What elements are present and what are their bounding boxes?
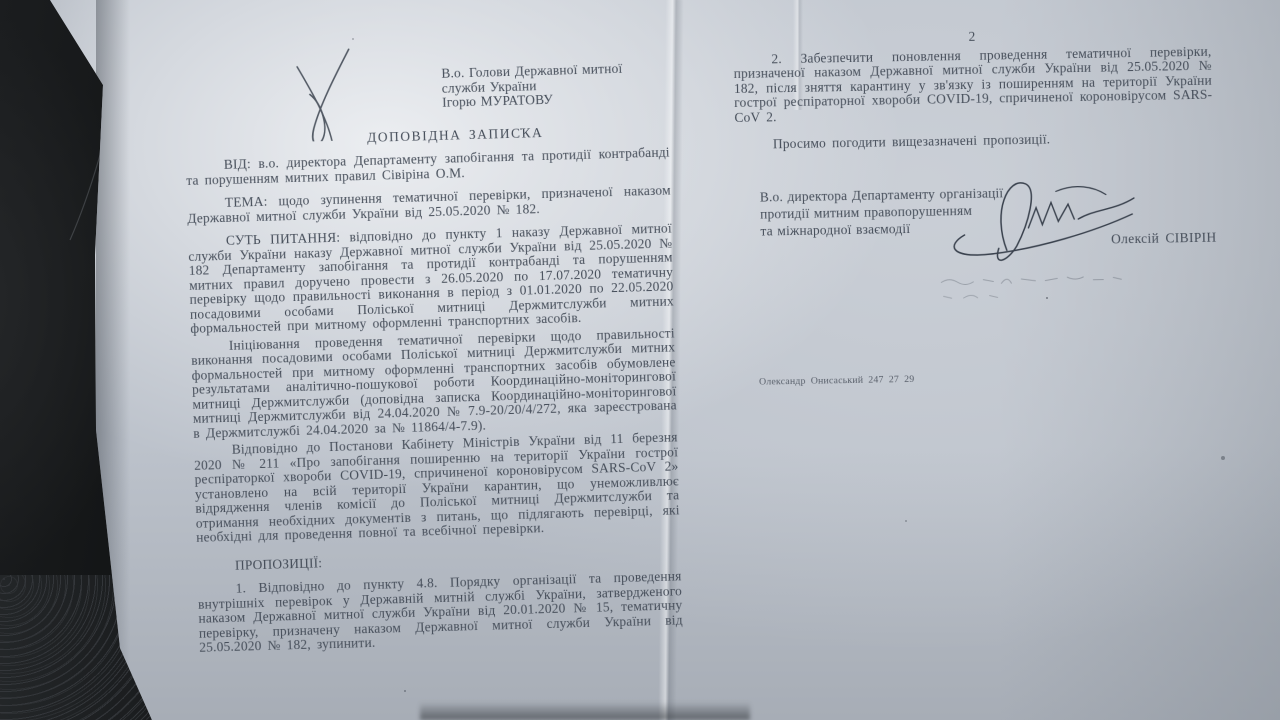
paragraph-initiation: Ініціювання проведення тематичної переві… [191,326,678,441]
addressee-block: В.о. Голови Державної митної служби Укра… [441,61,664,111]
page-right: 2 2. Забезпечити поновлення проведення т… [733,26,1216,299]
memo-title: ДОПОВІДНА ЗАПИСКА [367,122,669,145]
contact-line: Олександр Онисаський 247 27 29 [759,373,915,390]
paragraph-proposal-1: 1. Відповідно до пункту 4.8. Порядку орг… [197,569,683,655]
closing-line: Просимо погодити вищезазначені пропозиці… [735,130,1213,153]
paragraph-proposal-2: 2. Забезпечити поновлення проведення тем… [733,44,1212,125]
approval-signature-scribble [285,45,378,142]
page-left: В.о. Голови Державної митної служби Укра… [183,50,683,655]
paragraph-tema: ТЕМА: щодо зупинення тематичної перевірк… [187,183,672,226]
pencil-note-marks [937,270,1168,310]
paragraph-sut-pytannya: СУТЬ ПИТАННЯ: відповідно до пункту 1 нак… [188,221,675,336]
photo-of-document: { "colors": { "paper": "#bcc2cb", "ink":… [0,0,1280,720]
signature-scribble [935,159,1147,273]
paragraph-from: ВІД: в.о. директора Департаменту запобіг… [186,145,671,188]
paragraph-quarantine: Відповідно до Постанови Кабінету Міністр… [194,430,681,545]
signatory-name: Олексій СІВІРІН [1097,230,1217,247]
paper-bottom-shadow [420,702,750,720]
paper-sheet: В.о. Голови Державної митної служби Укра… [0,0,1280,720]
